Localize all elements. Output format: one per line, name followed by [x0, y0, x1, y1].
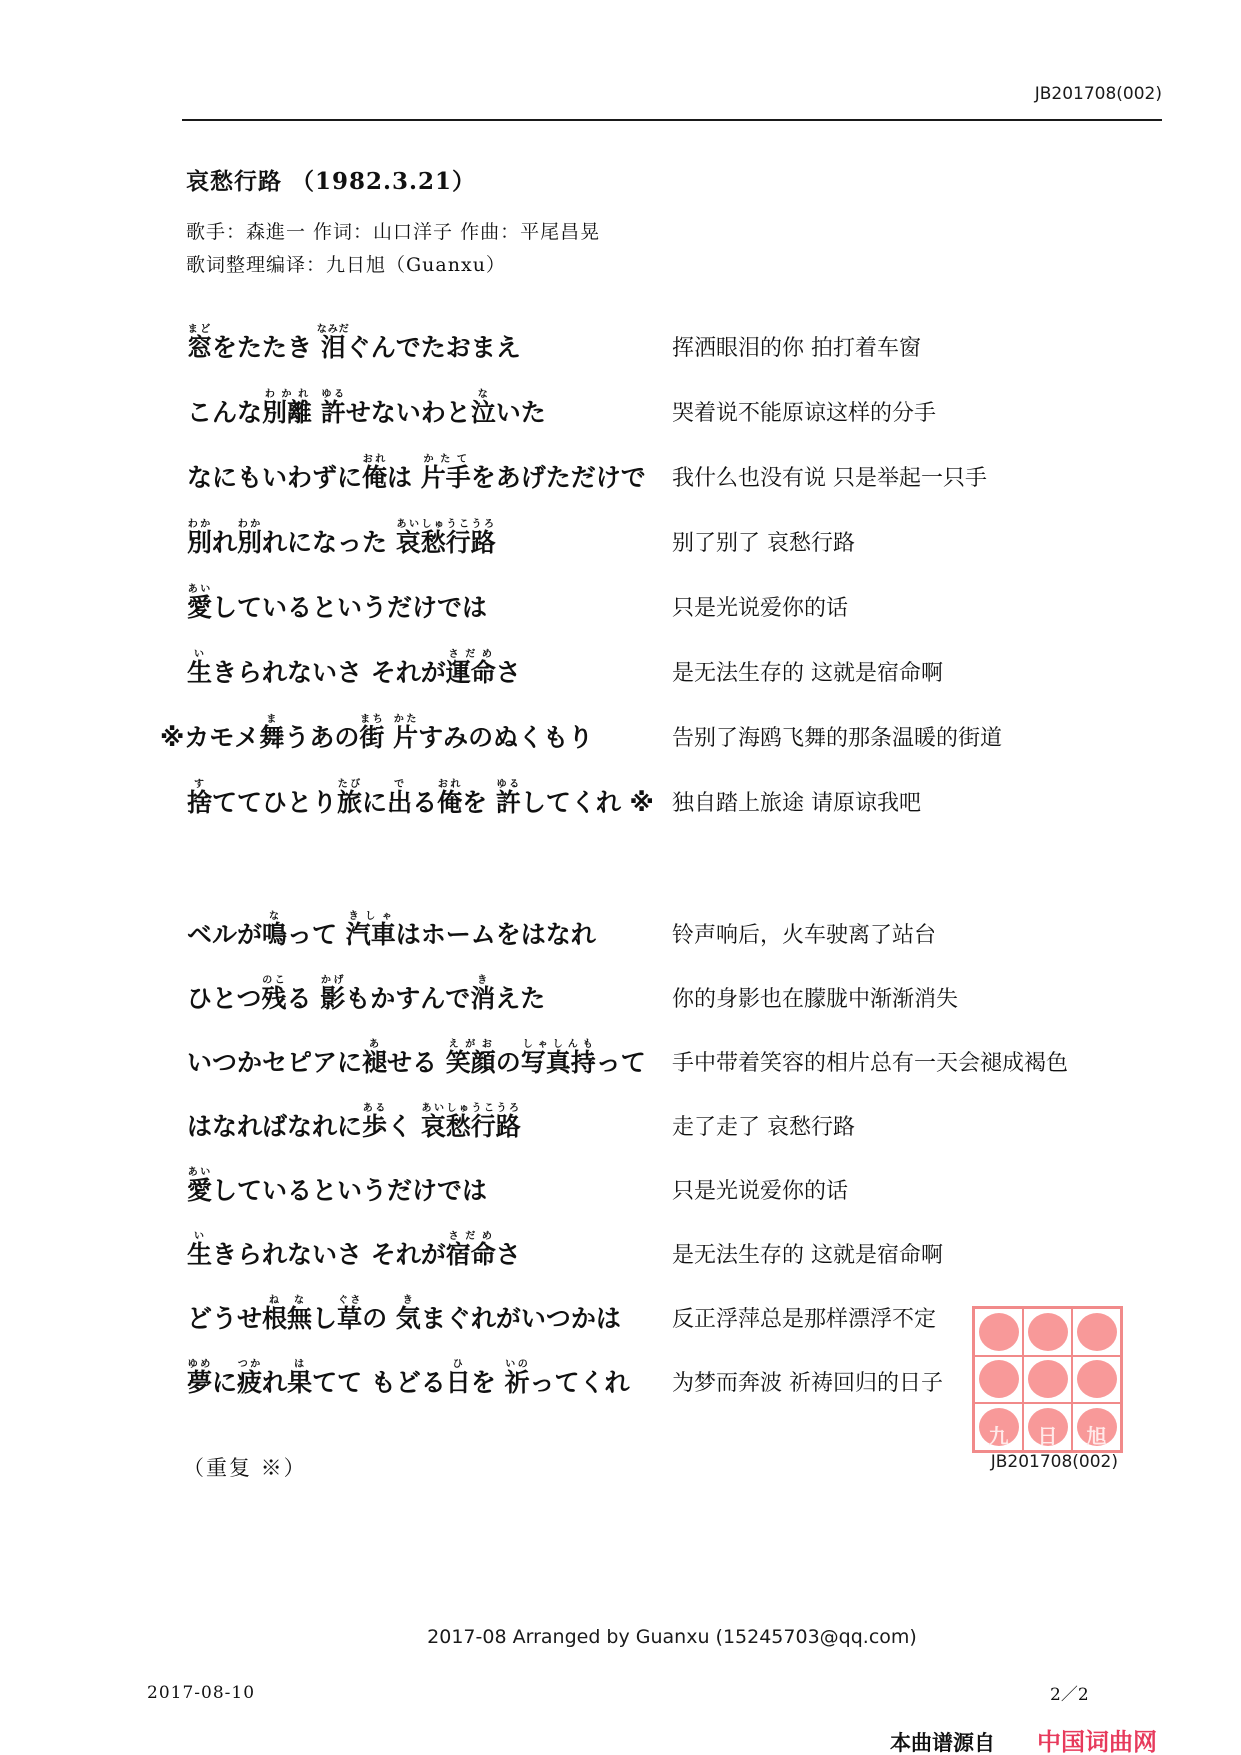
verse-1: 窓まどをたたき 泪なみだぐんでたおまえ挥洒眼泪的你 拍打着车窗こんな別離わかれ … — [187, 298, 1201, 818]
lyric-chinese-translation: 铃声响后，火车驶离了站台 — [672, 922, 936, 950]
stamp-character: 九 — [975, 1420, 1022, 1449]
stamp-cell — [974, 1356, 1023, 1404]
lyric-chinese-translation: 为梦而奔波 祈祷回归的日子 — [672, 1370, 943, 1398]
furigana-ruby: 鳴な — [262, 920, 287, 949]
furigana-ruby: 気き — [396, 1304, 421, 1333]
lyric-line: いつかセピアに褪あせる 笑顔えがおの写真持しゃしんもって手中带着笑容的相片总有一… — [187, 1014, 1201, 1078]
stamp-dot — [1028, 1313, 1068, 1351]
lyric-chinese-translation: 只是光说爱你的话 — [672, 595, 848, 623]
credits-translator: 歌词整理编译：九日旭（Guanxu） — [186, 250, 506, 277]
furigana-ruby: 窓まど — [187, 333, 212, 362]
furigana-ruby: 許ゆる — [496, 788, 521, 817]
furigana-ruby: 汽車きしゃ — [346, 920, 396, 949]
furigana-ruby: 影かげ — [320, 984, 345, 1013]
credits-artists: 歌手：森進一 作词：山口洋子 作曲：平尾昌晃 — [186, 217, 600, 244]
lyric-line: 愛あいしているというだけでは只是光说爱你的话 — [187, 558, 1201, 623]
header-divider — [182, 119, 1162, 121]
lyric-chinese-translation: 哭着说不能原谅这样的分手 — [672, 400, 936, 428]
lyric-line: なにもいわずに俺おれは 片手かたてをあげただけで我什么也没有说 只是举起一只手 — [187, 428, 1201, 493]
lyric-line: 窓まどをたたき 泪なみだぐんでたおまえ挥洒眼泪的你 拍打着车窗 — [187, 298, 1201, 363]
furigana-ruby: 祈いの — [505, 1368, 530, 1397]
lyric-japanese: どうせ根ね無なし草ぐさの 気きまぐれがいつかは — [187, 1295, 672, 1334]
stamp-cell: 九 — [974, 1403, 1023, 1451]
furigana-ruby: 消き — [470, 984, 495, 1013]
lyric-chinese-translation: 我什么也没有说 只是举起一只手 — [672, 465, 987, 493]
furigana-ruby: 疲つか — [237, 1368, 262, 1397]
furigana-ruby: 哀愁行路あいしゅうこうろ — [396, 528, 496, 557]
lyric-chinese-translation: 是无法生存的 这就是宿命啊 — [672, 660, 943, 688]
furigana-ruby: 街まち — [359, 723, 384, 752]
lyric-japanese: こんな別離わかれ 許ゆるせないわと泣ないた — [187, 389, 672, 428]
lyric-line: ※カモメ舞まうあの街まち 片かたすみのぬくもり告别了海鸥飞舞的那条温暖的街道 — [187, 688, 1201, 753]
lyric-japanese: 窓まどをたたき 泪なみだぐんでたおまえ — [187, 324, 672, 363]
lyric-japanese: はなればなれに歩あるく 哀愁行路あいしゅうこうろ — [187, 1103, 672, 1142]
lyric-chinese-translation: 你的身影也在朦胧中渐渐消失 — [672, 986, 958, 1014]
lyric-chinese-translation: 只是光说爱你的话 — [672, 1178, 848, 1206]
lyric-japanese: 愛あいしているというだけでは — [187, 1167, 672, 1206]
lyric-line: 捨すててひとり旅たびに出でる俺おれを 許ゆるしてくれ ※独自踏上旅途 请原谅我吧 — [187, 753, 1201, 818]
lyric-japanese: いつかセピアに褪あせる 笑顔えがおの写真持しゃしんもって — [187, 1039, 672, 1078]
stamp-dot — [1028, 1360, 1068, 1398]
source-prefix: 本曲谱源自 — [890, 1727, 995, 1755]
arranger-note: 2017-08 Arranged by Guanxu (15245703@qq.… — [182, 1626, 1162, 1648]
lyric-line: はなればなれに歩あるく 哀愁行路あいしゅうこうろ走了走了 哀愁行路 — [187, 1078, 1201, 1142]
furigana-ruby: 俺おれ — [437, 788, 462, 817]
furigana-ruby: 褪あ — [362, 1048, 387, 1077]
lyric-chinese-translation: 手中带着笑容的相片总有一天会褪成褐色 — [672, 1050, 1068, 1078]
furigana-ruby: 運命さだめ — [446, 658, 496, 687]
lyric-japanese: 生いきられないさ それが運命さだめさ — [187, 649, 672, 688]
furigana-ruby: 生い — [187, 1240, 212, 1269]
furigana-ruby: 根ね — [262, 1304, 287, 1333]
page-number: 2／2 — [1050, 1680, 1089, 1705]
lyric-line: 生いきられないさ それが宿命さだめさ是无法生存的 这就是宿命啊 — [187, 1206, 1201, 1270]
furigana-ruby: 俺おれ — [362, 463, 387, 492]
furigana-ruby: 愛あい — [187, 593, 212, 622]
lyric-chinese-translation: 别了别了 哀愁行路 — [672, 530, 855, 558]
repeat-note: （重复 ※） — [183, 1452, 307, 1482]
furigana-ruby: 片手かたて — [421, 463, 471, 492]
lyric-japanese: ※カモメ舞まうあの街まち 片かたすみのぬくもり — [187, 714, 672, 753]
furigana-ruby: 写真持しゃしんも — [521, 1048, 596, 1077]
stamp-cell — [974, 1308, 1023, 1356]
lyric-line: 生いきられないさ それが運命さだめさ是无法生存的 这就是宿命啊 — [187, 623, 1201, 688]
lyric-japanese: 愛あいしているというだけでは — [187, 584, 672, 623]
furigana-ruby: 哀愁行路あいしゅうこうろ — [421, 1112, 521, 1141]
furigana-ruby: 笑顔えがお — [446, 1048, 496, 1077]
lyric-chinese-translation: 反正浮萍总是那样漂浮不定 — [672, 1306, 936, 1334]
stamp-cell — [1072, 1308, 1121, 1356]
stamp-cell — [1072, 1356, 1121, 1404]
furigana-ruby: 泪なみだ — [321, 333, 346, 362]
lyric-japanese: ベルが鳴なって 汽車きしゃはホームをはなれ — [187, 911, 672, 950]
stamp-dot — [1077, 1313, 1117, 1351]
sheet-page: JB201708(002) 哀愁行路 （1982.3.21） 歌手：森進一 作词… — [0, 0, 1241, 1755]
furigana-ruby: 歩ある — [362, 1112, 387, 1141]
lyric-chinese-translation: 走了走了 哀愁行路 — [672, 1114, 855, 1142]
lyric-chinese-translation: 独自踏上旅途 请原谅我吧 — [672, 790, 921, 818]
footer-date: 2017-08-10 — [147, 1683, 255, 1703]
lyric-line: ひとつ残のこる 影かげもかすんで消きえた你的身影也在朦胧中渐渐消失 — [187, 950, 1201, 1014]
furigana-ruby: 出で — [387, 788, 412, 817]
stamp-character: 日 — [1024, 1420, 1071, 1449]
furigana-ruby: 舞ま — [259, 723, 284, 752]
stamp-dot — [1077, 1360, 1117, 1398]
document-code-footer: JB201708(002) — [991, 1452, 1118, 1472]
stamp-cell — [1023, 1356, 1072, 1404]
furigana-ruby: 別離わかれ — [262, 398, 312, 427]
lyric-chinese-translation: 挥洒眼泪的你 拍打着车窗 — [672, 335, 921, 363]
furigana-ruby: 無な — [287, 1304, 312, 1333]
lyric-line: こんな別離わかれ 許ゆるせないわと泣ないた哭着说不能原谅这样的分手 — [187, 363, 1201, 428]
lyric-japanese: 夢ゆめに疲つかれ果はてて もどる日ひを 祈いのってくれ — [187, 1359, 672, 1398]
furigana-ruby: 旅たび — [337, 788, 362, 817]
lyric-line: 愛あいしているというだけでは只是光说爱你的话 — [187, 1142, 1201, 1206]
lyric-line: ベルが鳴なって 汽車きしゃはホームをはなれ铃声响后，火车驶离了站台 — [187, 886, 1201, 950]
stamp-cell: 旭 — [1072, 1403, 1121, 1451]
furigana-ruby: 草ぐさ — [337, 1304, 362, 1333]
furigana-ruby: 果は — [287, 1368, 312, 1397]
lyric-japanese: なにもいわずに俺おれは 片手かたてをあげただけで — [187, 454, 672, 493]
song-title: 哀愁行路 （1982.3.21） — [186, 163, 476, 196]
lyric-japanese: 捨すててひとり旅たびに出でる俺おれを 許ゆるしてくれ ※ — [187, 779, 672, 818]
source-site-name: 中国词曲网 — [1037, 1722, 1157, 1755]
stamp-dot — [979, 1360, 1019, 1398]
lyric-line: 別わかれ別わかれになった 哀愁行路あいしゅうこうろ别了别了 哀愁行路 — [187, 493, 1201, 558]
furigana-ruby: 愛あい — [187, 1176, 212, 1205]
furigana-ruby: 夢ゆめ — [187, 1368, 212, 1397]
furigana-ruby: 別わか — [187, 528, 212, 557]
furigana-ruby: 別わか — [237, 528, 262, 557]
stamp-dot — [979, 1313, 1019, 1351]
lyric-chinese-translation: 是无法生存的 这就是宿命啊 — [672, 1242, 943, 1270]
lyric-japanese: ひとつ残のこる 影かげもかすんで消きえた — [187, 975, 672, 1014]
stamp-cell — [1023, 1308, 1072, 1356]
furigana-ruby: 許ゆる — [321, 398, 346, 427]
seal-stamp: 九日旭 — [972, 1306, 1123, 1453]
furigana-ruby: 生い — [187, 658, 212, 687]
furigana-ruby: 泣な — [471, 398, 496, 427]
stamp-cell: 日 — [1023, 1403, 1072, 1451]
furigana-ruby: 捨す — [187, 788, 212, 817]
furigana-ruby: 片かた — [393, 723, 418, 752]
lyric-japanese: 生いきられないさ それが宿命さだめさ — [187, 1231, 672, 1270]
document-code-header: JB201708(002) — [1035, 84, 1162, 104]
lyric-japanese: 別わかれ別わかれになった 哀愁行路あいしゅうこうろ — [187, 519, 672, 558]
furigana-ruby: 日ひ — [446, 1368, 471, 1397]
lyric-chinese-translation: 告别了海鸥飞舞的那条温暖的街道 — [672, 725, 1002, 753]
furigana-ruby: 宿命さだめ — [446, 1240, 496, 1269]
stamp-character: 旭 — [1073, 1420, 1120, 1449]
source-credit: 本曲谱源自 中国词曲网 — [890, 1722, 1157, 1755]
furigana-ruby: 残のこ — [262, 984, 287, 1013]
